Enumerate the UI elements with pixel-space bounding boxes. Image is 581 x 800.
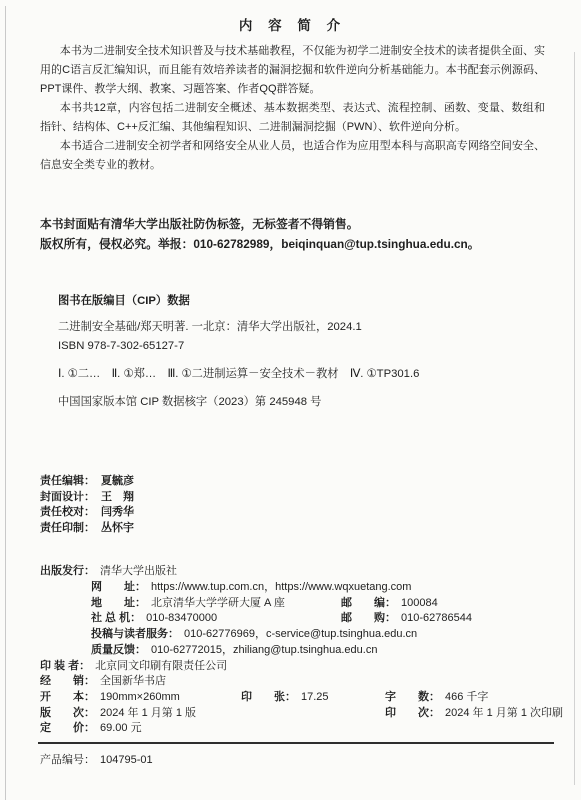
notice-line-2: 版权所有，侵权必究。举报：010-62782989，beiqinquan@tup…	[40, 235, 545, 255]
cip-classification: Ⅰ. ①二… Ⅱ. ①郑… Ⅲ. ①二进制运算－安全技术－教材 Ⅳ. ①TP30…	[58, 365, 545, 384]
price-label: 定 价：	[40, 722, 95, 734]
zip-col: 邮 编：100084	[341, 596, 438, 612]
page-content: 内 容 简 介 本书为二进制安全技术知识普及与技术基础教程，不仅能为初学二进制安…	[0, 0, 581, 767]
cip-title-line: 二进制安全基础/郑天明著. 一北京：清华大学出版社，2024.1	[58, 318, 545, 337]
divider-rule	[38, 742, 554, 744]
impression-value: 2024 年 1 月第 1 次印刷	[445, 707, 563, 719]
edition-label: 版 次：	[40, 707, 95, 719]
intro-paragraph-1: 本书为二进制安全技术知识普及与技术基础教程，不仅能为初学二进制安全技术的读者提供…	[40, 42, 545, 99]
staff-name: 丛怀宇	[101, 522, 134, 534]
website-label: 网 址：	[91, 581, 146, 593]
notice-line-1: 本书封面贴有清华大学出版社防伪标签，无标签者不得销售。	[40, 215, 545, 235]
product-number-row: 产品编号：104795-01	[40, 751, 545, 767]
cip-heading: 图书在版编目（CIP）数据	[58, 294, 545, 308]
printer-row: 印 装 者：北京同文印刷有限责任公司	[40, 659, 545, 675]
switchboard-label: 社 总 机：	[91, 612, 141, 624]
cip-section: 图书在版编目（CIP）数据 二进制安全基础/郑天明著. 一北京：清华大学出版社，…	[40, 294, 545, 412]
cip-record-number: 中国国家版本馆 CIP 数据核字（2023）第 245948 号	[58, 393, 545, 412]
publisher-value: 清华大学出版社	[100, 565, 177, 577]
website-row: 网 址：https://www.tup.com.cn，https://www.w…	[40, 580, 545, 596]
publisher-row: 出版发行：清华大学出版社	[40, 564, 545, 580]
sheets-label: 印 张：	[241, 691, 296, 703]
format-row: 开 本：190mm×260mm 印 张：17.25 字 数：466 千字	[40, 690, 545, 706]
format-label: 开 本：	[40, 691, 95, 703]
staff-name: 闫秀华	[101, 506, 134, 518]
edition-row: 版 次：2024 年 1 月第 1 版 印 次：2024 年 1 月第 1 次印…	[40, 706, 545, 722]
price-value: 69.00 元	[100, 722, 142, 734]
reader-service-row: 投稿与读者服务：010-62776969，c-service@tup.tsing…	[40, 627, 545, 643]
printer-label: 印 装 者：	[40, 660, 90, 672]
edition-value: 2024 年 1 月第 1 版	[100, 707, 196, 719]
zip-value: 100084	[401, 597, 438, 609]
intro-paragraph-3: 本书适合二进制安全初学者和网络安全从业人员，也适合作为应用型本科与高职高专网络空…	[40, 137, 545, 175]
staff-name: 王 翔	[101, 491, 134, 503]
reader-service-label: 投稿与读者服务：	[91, 628, 179, 640]
switchboard-row: 社 总 机：010-83470000 邮 购：010-62786544	[40, 611, 545, 627]
product-number-value: 104795-01	[100, 754, 153, 766]
book-copyright-page: 内 容 简 介 本书为二进制安全技术知识普及与技术基础教程，不仅能为初学二进制安…	[0, 0, 581, 800]
printer-value: 北京同文印刷有限责任公司	[95, 660, 227, 672]
address-value: 北京清华大学学研大厦 A 座	[151, 597, 285, 609]
quality-feedback-label: 质量反馈：	[91, 644, 146, 656]
intro-section: 本书为二进制安全技术知识普及与技术基础教程，不仅能为初学二进制安全技术的读者提供…	[40, 42, 545, 175]
price-row: 定 价：69.00 元	[40, 721, 545, 737]
staff-row-editor: 责任编辑：夏毓彦	[40, 474, 545, 490]
distributor-value: 全国新华书店	[100, 675, 166, 687]
staff-label: 责任校对：	[40, 506, 95, 518]
staff-name: 夏毓彦	[101, 475, 134, 487]
wordcount-col: 字 数：466 千字	[385, 690, 488, 706]
mailorder-label: 邮 购：	[341, 612, 396, 624]
product-number-label: 产品编号：	[40, 754, 95, 766]
distributor-row: 经 销：全国新华书店	[40, 674, 545, 690]
publisher-label: 出版发行：	[40, 565, 95, 577]
sheets-value: 17.25	[301, 691, 329, 703]
colophon-section: 出版发行：清华大学出版社 网 址：https://www.tup.com.cn，…	[40, 564, 545, 737]
address-label: 地 址：	[91, 597, 146, 609]
staff-row-cover-design: 封面设计：王 翔	[40, 490, 545, 506]
wordcount-value: 466 千字	[445, 691, 488, 703]
intro-paragraph-2: 本书共12章，内容包括二进制安全概述、基本数据类型、表达式、流程控制、函数、变量…	[40, 99, 545, 137]
sheets-col: 印 张：17.25	[241, 690, 329, 706]
switchboard-value: 010-83470000	[146, 612, 217, 624]
website-value: https://www.tup.com.cn，https://www.wqxue…	[151, 581, 411, 593]
distributor-label: 经 销：	[40, 675, 95, 687]
staff-section: 责任编辑：夏毓彦 封面设计：王 翔 责任校对：闫秀华 责任印制：丛怀宇	[40, 474, 545, 536]
staff-label: 责任印制：	[40, 522, 95, 534]
zip-label: 邮 编：	[341, 597, 396, 609]
reader-service-value: 010-62776969，c-service@tup.tsinghua.edu.…	[184, 628, 417, 640]
quality-feedback-value: 010-62772015，zhiliang@tup.tsinghua.edu.c…	[151, 644, 377, 656]
staff-row-proofreader: 责任校对：闫秀华	[40, 505, 545, 521]
quality-feedback-row: 质量反馈：010-62772015，zhiliang@tup.tsinghua.…	[40, 643, 545, 659]
address-row: 地 址：北京清华大学学研大厦 A 座 邮 编：100084	[40, 596, 545, 612]
mailorder-col: 邮 购：010-62786544	[341, 611, 472, 627]
format-value: 190mm×260mm	[100, 691, 180, 703]
page-title: 内 容 简 介	[40, 18, 545, 34]
wordcount-label: 字 数：	[385, 691, 440, 703]
impression-col: 印 次：2024 年 1 月第 1 次印刷	[385, 706, 563, 722]
staff-label: 责任编辑：	[40, 475, 95, 487]
copyright-notice: 本书封面贴有清华大学出版社防伪标签，无标签者不得销售。 版权所有，侵权必究。举报…	[40, 215, 545, 254]
mailorder-value: 010-62786544	[401, 612, 472, 624]
cip-isbn: ISBN 978-7-302-65127-7	[58, 337, 545, 356]
staff-label: 封面设计：	[40, 491, 95, 503]
staff-row-print-supervisor: 责任印制：丛怀宇	[40, 521, 545, 537]
impression-label: 印 次：	[385, 707, 440, 719]
